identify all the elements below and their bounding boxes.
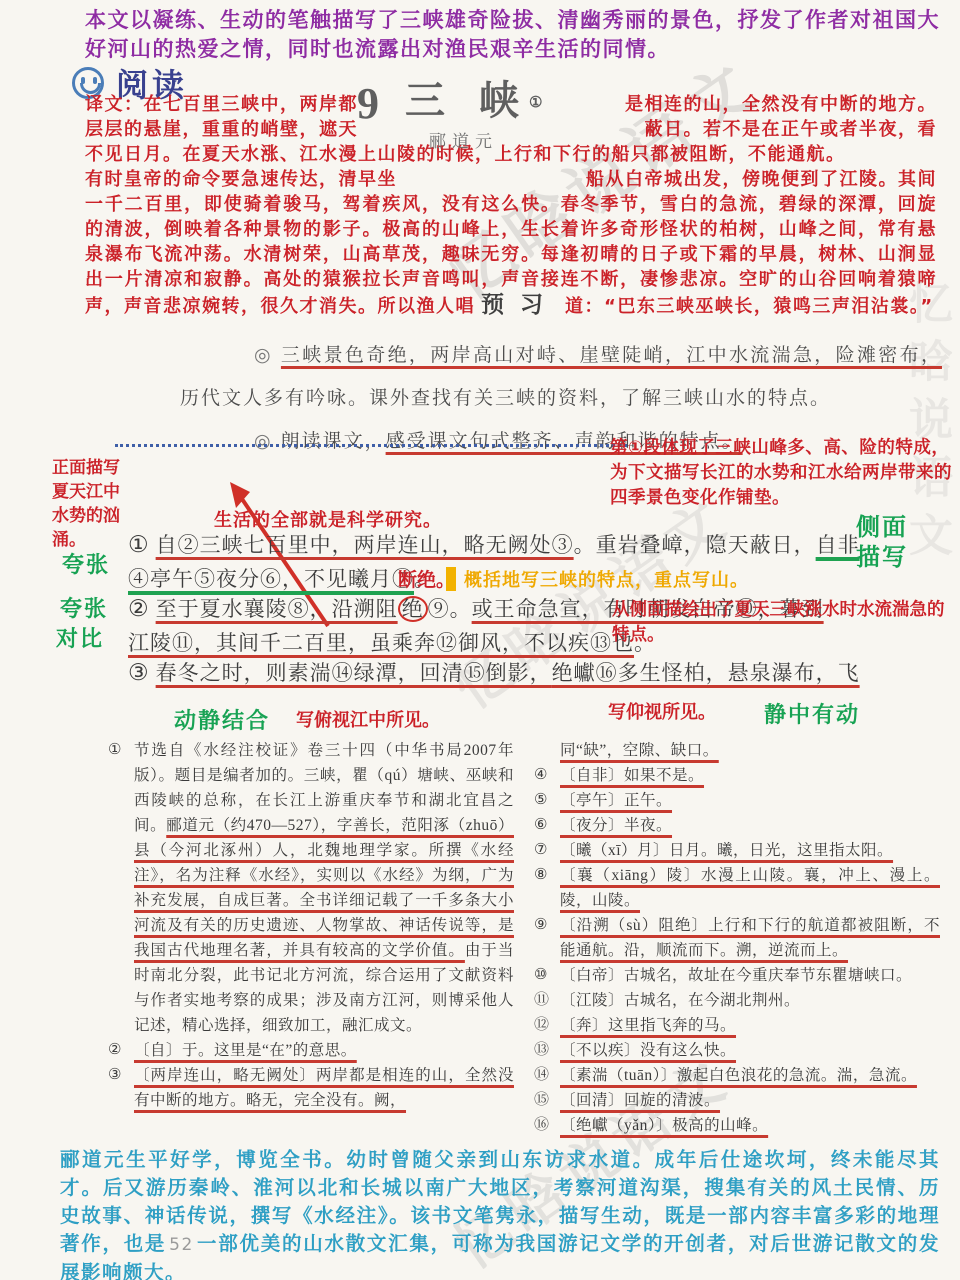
footnote-text: 〔不以疾〕没有这么快。 (560, 1038, 940, 1063)
footnote-text: 节选自《水经注校证》卷三十四（中华书局2007年版）。题目是编者加的。三峡，瞿（… (134, 738, 514, 1038)
footnote-text: 〔沿溯（sù）阻绝〕上行和下行的航道都被阻断，不能通航。沿，顺流而下。溯，逆流而… (560, 913, 940, 963)
footnote-item: ⑭ 〔素湍（tuān）〕激起白色浪花的急流。湍，急流。 (534, 1063, 940, 1088)
footnote-item: ③ 〔两岸连山，略无阙处〕两岸都是相连的山，全然没有中断的地方。略无，完全没有。… (108, 1063, 514, 1113)
translation-text: 船从白帝城出发，傍晚便到了江陵。其间 (586, 167, 937, 192)
footnote-number: ④ (534, 763, 560, 788)
bullet-icon: ◎ (254, 345, 273, 366)
translation-text: 译文：在七百里三峡中，两岸都 (85, 92, 358, 117)
lesson-number: 9 (357, 79, 379, 128)
lesson-paragraph-3: ③春冬之时，则素湍⑭绿潭，回清⑮倒影，绝巘⑯多生怪柏，悬泉瀑布，飞 (128, 656, 870, 690)
footnote-ref: ⑨ (428, 597, 450, 621)
lesson-text: 。 (450, 597, 472, 621)
footnote-text: 〔夜分〕半夜。 (560, 813, 940, 838)
page-number: 52 (169, 1235, 194, 1255)
footnote-item: ⑥ 〔夜分〕半夜。 (534, 813, 940, 838)
annotation-label-exaggeration-2: 夸张 (60, 592, 108, 623)
footnote-text: 〔两岸连山，略无阙处〕两岸都是相连的山，全然没有中断的地方。略无，完全没有。阙， (134, 1063, 514, 1113)
translation-text: 层层的悬崖，重重的峭壁，遮天 (85, 117, 358, 142)
lesson-text-underlined-red: 自②三峡七百里中，两岸连山，略无阙处③ (156, 533, 574, 557)
footnote-text: 〔自非〕如果不是。 (560, 763, 940, 788)
annotation-margin-note: 正面描写夏天江中水势的汹涌。 (52, 456, 134, 552)
lesson-text-underlined-red: 绝巘⑯多生怪柏，悬泉瀑布，飞 (552, 661, 860, 685)
footnote-item: ⑩ 〔白帝〕古城名，故址在今重庆奉节东瞿塘峡口。 (534, 963, 940, 988)
footnote-item: ① 节选自《水经注校证》卷三十四（中华书局2007年版）。题目是编者加的。三峡，… (108, 738, 514, 1038)
footnote-number: ⑧ (534, 863, 560, 913)
footnotes-left-column: ① 节选自《水经注校证》卷三十四（中华书局2007年版）。题目是编者加的。三峡，… (108, 738, 514, 1138)
preview-text-underlined: 三峡景色奇绝，两岸高山对峙、崖壁陡峭，江中水流湍急，险滩密布， (281, 345, 942, 366)
annotation-label-exaggeration-1: 夸张 (62, 548, 110, 579)
footnote-number: ⑯ (534, 1113, 560, 1138)
dotted-divider (115, 444, 627, 447)
paragraph-number: ③ (128, 660, 150, 685)
paragraph-number: ① (128, 532, 150, 557)
footnote-item: 同“缺”，空隙、缺口。 (534, 738, 940, 763)
footnote-number: ③ (108, 1063, 134, 1113)
footnote-number: ⑤ (534, 788, 560, 813)
lesson-author: 郦道元 (429, 129, 657, 154)
lesson-title-footnote-ref: ① (529, 95, 542, 111)
translation-text: 蔽日。若不是在正午或者半夜，看 (645, 117, 938, 142)
footnote-text: 〔素湍（tuān）〕激起白色浪花的急流。湍，急流。 (560, 1063, 940, 1088)
footnote-number: ⑩ (534, 963, 560, 988)
lesson-text: 重岩叠嶂，隐天蔽日， (596, 533, 816, 557)
footnote-number: ① (108, 738, 134, 1038)
translation-paragraph: 一千二百里，即使骑着骏马，驾着疾风，没有这么快。春冬季节，雪白的急流，碧绿的深潭… (85, 192, 937, 319)
footnote-number: ⑨ (534, 913, 560, 963)
annotation-para1-summary: 第①段体现了三峡山峰多、高、险的特成，为下文描写长江的水势和江水给两岸带来的四季… (610, 436, 958, 511)
translation-text: 有时皇帝的命令要急速传达，清早坐 (85, 167, 397, 192)
annotation-para2-summary: 从侧面描绘出了夏天三峡涨水时水流湍急的特点。 (612, 598, 958, 648)
translation-line: 有时皇帝的命令要急速传达，清早坐 船从白帝城出发，傍晚便到了江陵。其间 (85, 167, 937, 192)
textbook-page: 忆晗说语文 忆晗说语文 忆晗说语文 忆晗说语文 本文以凝练、生动的笔触描写了三峡… (0, 0, 960, 1280)
annotation-yellow-note: 概括地写三峡的特点，重点写山。 (464, 570, 749, 591)
footnote-item: ⑬ 〔不以疾〕没有这么快。 (534, 1038, 940, 1063)
footnotes-right-column: 同“缺”，空隙、缺口。 ④ 〔自非〕如果不是。 ⑤ 〔亭午〕正午。 ⑥ 〔夜分〕… (534, 738, 940, 1138)
annotation-label-dynamic-static: 动静结合 (174, 704, 270, 735)
lesson-body: 第①段体现了三峡山峰多、高、险的特成，为下文描写长江的水势和江水给两岸带来的四季… (0, 440, 960, 740)
footnote-item: ⑫ 〔奔〕这里指飞奔的马。 (534, 1013, 940, 1038)
annotation-lookup-note: 写仰视所见。 (608, 698, 716, 724)
footnote-text: 同“缺”，空隙、缺口。 (560, 738, 940, 763)
lesson-text-underlined-red: 至于夏水襄陵⑧，沿溯阻 (156, 597, 398, 621)
preview-heading-inline: 预习 (481, 292, 559, 317)
preview-text: 历代文人多有吟咏。课外查找有关三峡的资料，了解三峡山水的特点。 (180, 388, 831, 409)
footnote-text: 〔襄（xiāng）陵〕水漫上山陵。襄，冲上、漫上。陵，山陵。 (560, 863, 940, 913)
footnote-item: ⑨ 〔沿溯（sù）阻绝〕上行和下行的航道都被阻断，不能通航。沿，顺流而下。溯，逆… (534, 913, 940, 963)
footnote-number: ⑭ (534, 1063, 560, 1088)
footnote-item: ⑪ 〔江陵〕古城名，在今湖北荆州。 (534, 988, 940, 1013)
author-biography-note: 郦道元生平好学，博览全书。幼时曾随父亲到山东访求水道。成年后仕途坎坷，终未能尽其… (60, 1146, 940, 1280)
annotation-label-motion-in-still: 静中有动 (764, 698, 860, 729)
footnote-number: ⑪ (534, 988, 560, 1013)
footnote-item: ⑦ 〔曦（xī）月〕日月。曦，日光，这里指太阳。 (534, 838, 940, 863)
footnote-text: 〔江陵〕古城名，在今湖北荆州。 (560, 988, 940, 1013)
footnote-number: ⑫ (534, 1013, 560, 1038)
footnote-item: ⑯ 〔绝巘（yǎn）〕极高的山峰。 (534, 1113, 940, 1138)
footnote-item: ② 〔自〕于。这里是“在”的意思。 (108, 1038, 514, 1063)
footnote-number: ⑦ (534, 838, 560, 863)
translation-text: 道：“巴东三峡巫峡长，猿鸣三声泪沾裳。” (565, 296, 934, 317)
footnote-item: ⑤ 〔亭午〕正午。 (534, 788, 940, 813)
footnote-item: ⑧ 〔襄（xiāng）陵〕水漫上山陵。襄，冲上、漫上。陵，山陵。 (534, 863, 940, 913)
footnote-text: 〔曦（xī）月〕日月。曦，日光，这里指太阳。 (560, 838, 940, 863)
footnote-number: ⑮ (534, 1088, 560, 1113)
footnote-number: ② (108, 1038, 134, 1063)
footnotes-section: ① 节选自《水经注校证》卷三十四（中华书局2007年版）。题目是编者加的。三峡，… (108, 738, 940, 1138)
footnote-text: 〔亭午〕正午。 (560, 788, 940, 813)
lesson-title-block: 9三峡① 郦道元 (357, 88, 657, 154)
annotation-label-contrast: 对比 (56, 622, 104, 653)
translation-text: 是相连的山，全然没有中断的地方。 (625, 92, 937, 117)
footnote-text: 〔回清〕回旋的清波。 (560, 1088, 940, 1113)
preview-item: ◎三峡景色奇绝，两岸高山对峙、崖壁陡峭，江中水流湍急，险滩密布，历代文人多有吟咏… (180, 334, 942, 420)
footnote-item: ④ 〔自非〕如果不是。 (534, 763, 940, 788)
lesson-paragraph-1: ①自②三峡七百里中，两岸连山，略无阙处③。重岩叠嶂，隐天蔽日，自非④亭午⑤夜分⑥… (128, 528, 870, 598)
paragraph-number: ② (128, 596, 150, 621)
footnote-number (534, 738, 560, 763)
annotation-duanjue: 断绝。 (398, 565, 455, 592)
footnote-number: ⑥ (534, 813, 560, 838)
footnote-text: 〔白帝〕古城名，故址在今重庆奉节东瞿塘峡口。 (560, 963, 940, 988)
lesson-text-underlined-red: 春冬之时，则素湍⑭绿潭，回清⑮倒影， (156, 661, 552, 685)
footnote-text: 〔奔〕这里指飞奔的马。 (560, 1013, 940, 1038)
footnote-text: 〔绝巘（yǎn）〕极高的山峰。 (560, 1113, 940, 1138)
footnote-text: 〔自〕于。这里是“在”的意思。 (134, 1038, 514, 1063)
intro-summary-note: 本文以凝练、生动的笔触描写了三峡雄奇险拔、清幽秀丽的景色，抒发了作者对祖国大好河… (85, 6, 943, 64)
footnote-number: ⑬ (534, 1038, 560, 1063)
translation-block: 9三峡① 郦道元 译文：在七百里三峡中，两岸都 是相连的山，全然没有中断的地方。… (85, 92, 937, 319)
annotation-overlook-note: 写俯视江中所见。 (296, 706, 440, 732)
red-circled-character: 绝 (398, 596, 428, 622)
lesson-text: 。 (574, 533, 596, 557)
footnote-item: ⑮ 〔回清〕回旋的清波。 (534, 1088, 940, 1113)
